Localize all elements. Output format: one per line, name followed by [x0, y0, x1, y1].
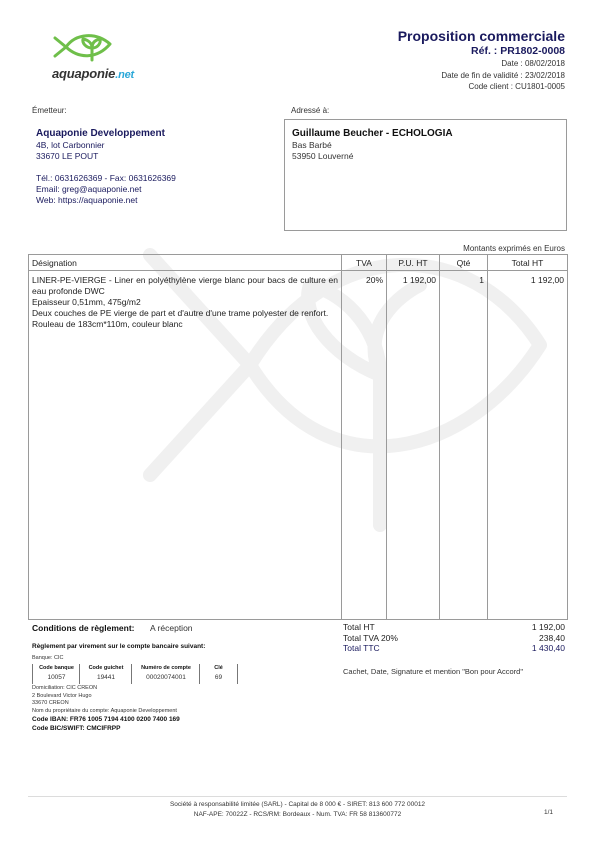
emitter-email: Email: greg@aquaponie.net: [36, 184, 270, 195]
total-ht-value: 1 192,00: [532, 622, 565, 633]
bank-address-2: 33670 CREON: [32, 700, 180, 708]
document-validity: Date de fin de validité : 23/02/2018: [398, 70, 565, 82]
total-ttc-label: Total TTC: [343, 643, 380, 654]
bank-bic: Code BIC/SWIFT: CMCIFRPP: [32, 724, 180, 733]
total-tva-row: Total TVA 20% 238,40: [343, 633, 565, 644]
bank-name: Banque: CIC: [32, 655, 64, 661]
recipient-name: Guillaume Beucher - ECHOLOGIA: [292, 128, 566, 140]
recipient-label: Adressé à:: [291, 106, 329, 115]
emitter-address-2: 33670 LE POUT: [36, 151, 270, 162]
account-number-value: 00020074001: [132, 673, 200, 683]
payment-conditions: Conditions de règlement: A réception: [32, 623, 134, 633]
col-header-pu-ht: P.U. HT: [387, 255, 440, 271]
bank-account-owner: Nom du propriétaire du compte: Aquaponie…: [32, 708, 180, 716]
total-ttc-value: 1 430,40: [532, 643, 565, 654]
col-header-qty: Qté: [440, 255, 488, 271]
item-designation-line: Deux couches de PE vierge de part et d'a…: [32, 308, 338, 319]
item-designation: LINER-PE-VIERGE - Liner en polyéthylène …: [29, 271, 342, 620]
bank-address-1: 2 Boulevard Victor Hugo: [32, 693, 180, 701]
recipient-address-2: 53950 Louverné: [292, 151, 566, 162]
items-table: Désignation TVA P.U. HT Qté Total HT LIN…: [28, 254, 568, 620]
page-number: 1/1: [544, 809, 553, 816]
emitter-block: Aquaponie Developpement 4B, lot Carbonni…: [30, 120, 270, 220]
item-qty: 1: [440, 271, 488, 620]
fish-sprout-icon: [52, 30, 112, 64]
document-reference: Réf. : PR1802-0008: [398, 44, 565, 58]
item-designation-line: LINER-PE-VIERGE - Liner en polyéthylène …: [32, 275, 338, 297]
emitter-phone-fax: Tél.: 0631626369 - Fax: 0631626369: [36, 173, 270, 184]
recipient-block: Guillaume Beucher - ECHOLOGIA Bas Barbé …: [284, 119, 567, 231]
item-tva: 20%: [342, 271, 387, 620]
col-header-tva: TVA: [342, 255, 387, 271]
recipient-address-1: Bas Barbé: [292, 140, 566, 151]
company-logo: aquaponie.net: [52, 30, 142, 85]
payment-conditions-value: A réception: [150, 623, 193, 633]
table-row: LINER-PE-VIERGE - Liner en polyéthylène …: [29, 271, 568, 620]
bank-domiciliation: Domiciliation: CIC CREON: [32, 685, 180, 693]
emitter-label: Émetteur:: [32, 106, 67, 115]
item-designation-line: Epaisseur 0,51mm, 475g/m2: [32, 297, 338, 308]
total-ttc-row: Total TTC 1 430,40: [343, 643, 565, 654]
rib-key-cell: Clé 69: [199, 664, 238, 684]
branch-code-value: 19441: [80, 673, 132, 683]
account-number-cell: Numéro de compte 00020074001: [131, 664, 200, 684]
currency-note: Montants exprimés en Euros: [463, 244, 565, 253]
totals-block: Total HT 1 192,00 Total TVA 20% 238,40 T…: [343, 622, 565, 654]
footer-divider: [28, 796, 567, 797]
bank-iban: Code IBAN: FR76 1005 7194 4100 0200 7400…: [32, 715, 180, 724]
total-ht-row: Total HT 1 192,00: [343, 622, 565, 633]
rib-key-value: 69: [200, 673, 237, 683]
bank-code-header: Code banque: [33, 664, 80, 673]
footer: Société à responsabilité limitée (SARL) …: [0, 800, 595, 819]
emitter-address-1: 4B, lot Carbonnier: [36, 140, 270, 151]
table-header-row: Désignation TVA P.U. HT Qté Total HT: [29, 255, 568, 271]
emitter-name: Aquaponie Developpement: [36, 128, 270, 140]
rib-key-header: Clé: [200, 664, 237, 673]
branch-code-cell: Code guichet 19441: [79, 664, 132, 684]
signature-note: Cachet, Date, Signature et mention "Bon …: [343, 667, 523, 676]
footer-legal-line-1: Société à responsabilité limitée (SARL) …: [0, 800, 595, 810]
item-designation-line: Rouleau de 183cm*110m, couleur blanc: [32, 319, 338, 330]
client-code: Code client : CU1801-0005: [398, 81, 565, 93]
footer-legal-line-2: NAF-APE: 70022Z - RCS/RM: Bordeaux - Num…: [0, 810, 595, 820]
item-pu-ht: 1 192,00: [387, 271, 440, 620]
emitter-web: Web: https://aquaponie.net: [36, 195, 270, 206]
col-header-designation: Désignation: [29, 255, 342, 271]
bank-info: Domiciliation: CIC CREON 2 Boulevard Vic…: [32, 685, 180, 733]
account-number-header: Numéro de compte: [132, 664, 200, 673]
branch-code-header: Code guichet: [80, 664, 132, 673]
logo-wordmark: aquaponie.net: [52, 66, 134, 81]
col-header-total-ht: Total HT: [488, 255, 568, 271]
document-date: Date : 08/02/2018: [398, 58, 565, 70]
item-total-ht: 1 192,00: [488, 271, 568, 620]
bank-transfer-title: Règlement par virement sur le compte ban…: [32, 643, 205, 650]
total-tva-value: 238,40: [539, 633, 565, 644]
total-tva-label: Total TVA 20%: [343, 633, 398, 644]
bank-code-value: 10057: [33, 673, 80, 683]
document-title: Proposition commerciale: [398, 28, 565, 44]
document-header: Proposition commerciale Réf. : PR1802-00…: [398, 28, 565, 93]
payment-conditions-label: Conditions de règlement:: [32, 623, 134, 633]
bank-code-cell: Code banque 10057: [32, 664, 80, 684]
total-ht-label: Total HT: [343, 622, 375, 633]
